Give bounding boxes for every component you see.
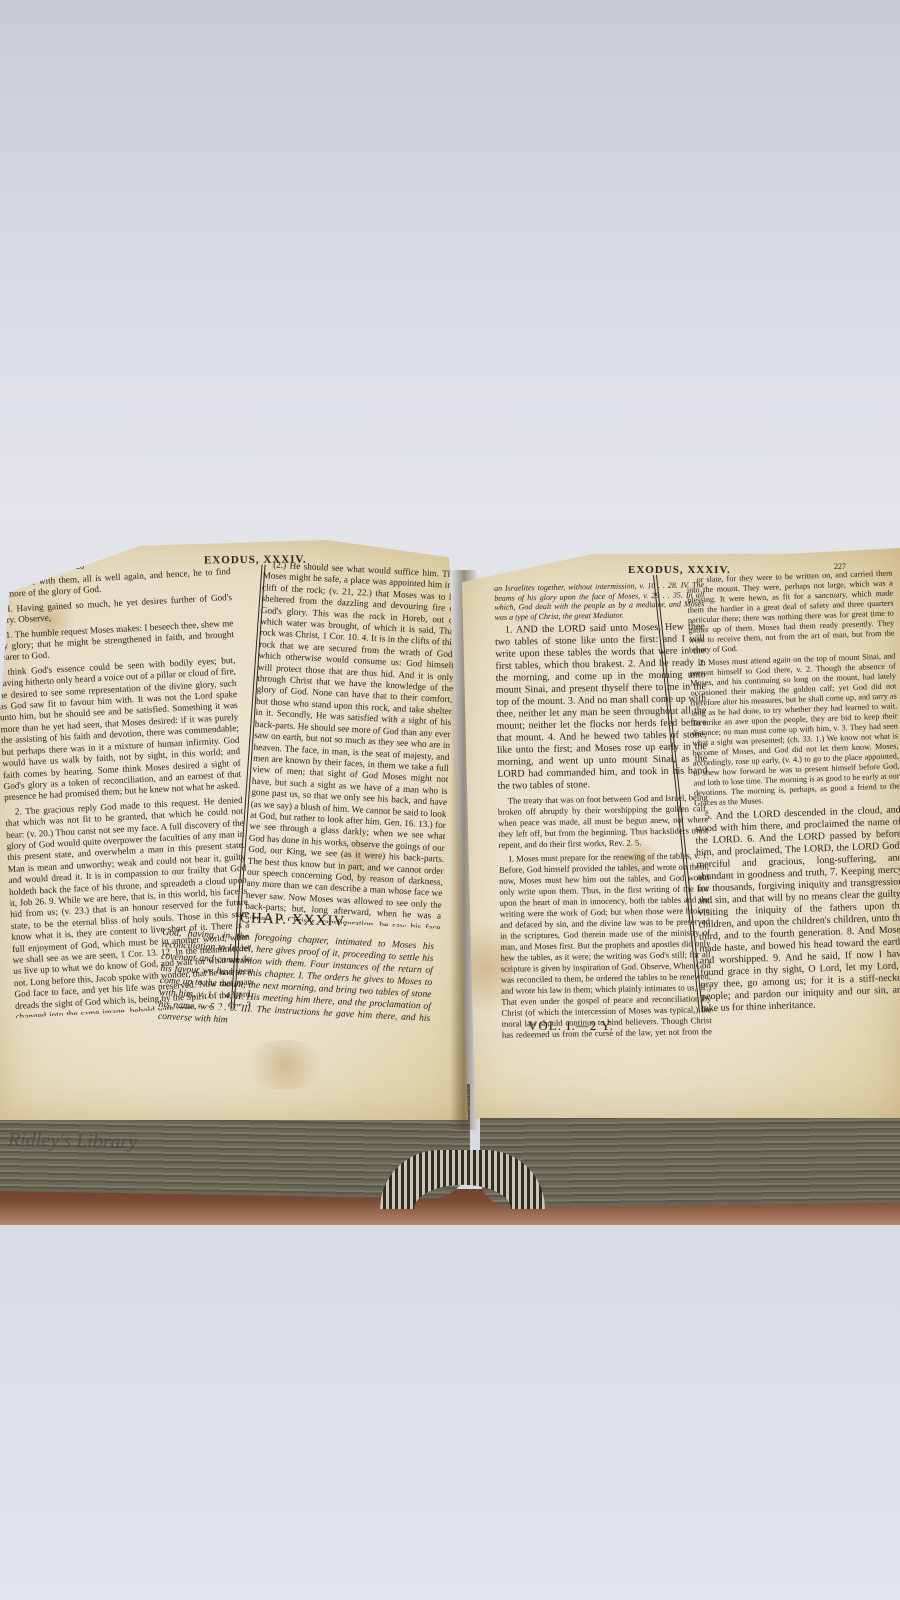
chapter-title: CHAP. XXXIV. <box>240 910 349 931</box>
right-page-column-1: an Israelites together, without intermis… <box>494 580 712 1042</box>
page-number: 220 <box>72 562 84 571</box>
scripture-verses: 1. AND the LORD said unto Moses, Hew the… <box>495 621 708 793</box>
chapter-intro: an Israelites together, without intermis… <box>494 580 705 622</box>
commentary: or slate, for they were to be written on… <box>686 569 895 656</box>
edge-inscription: Ridley's Library <box>8 1129 138 1154</box>
foxing-stain <box>240 1040 330 1090</box>
chapter-summary: God, having, in the foregoing chapter, i… <box>158 927 435 1037</box>
photo-scene: Ridley's Library 220 EXODUS, XXXIV. conv… <box>0 0 900 1600</box>
signature-mark: VOL. I.—2 Y. <box>528 1018 614 1034</box>
paragraph: (2.) He should see what would suffice hi… <box>245 559 460 929</box>
left-page-column-2: (2.) He should see what would suffice hi… <box>245 559 460 929</box>
commentary: I. Moses must prepare for the renewing o… <box>499 850 712 1042</box>
right-page-column-2: or slate, for they were to be written on… <box>686 569 900 1016</box>
paragraph: think God's essence could be seen with b… <box>0 655 242 804</box>
left-page: 220 EXODUS, XXXIV. converse with them, a… <box>0 540 468 1120</box>
scripture-verses: 5. And the LORD descended in the cloud, … <box>695 804 900 1015</box>
commentary: 2. Moses must attend again on the top of… <box>689 651 900 808</box>
right-page: EXODUS, XXXIV. 227 an Israelites togethe… <box>462 548 900 1118</box>
